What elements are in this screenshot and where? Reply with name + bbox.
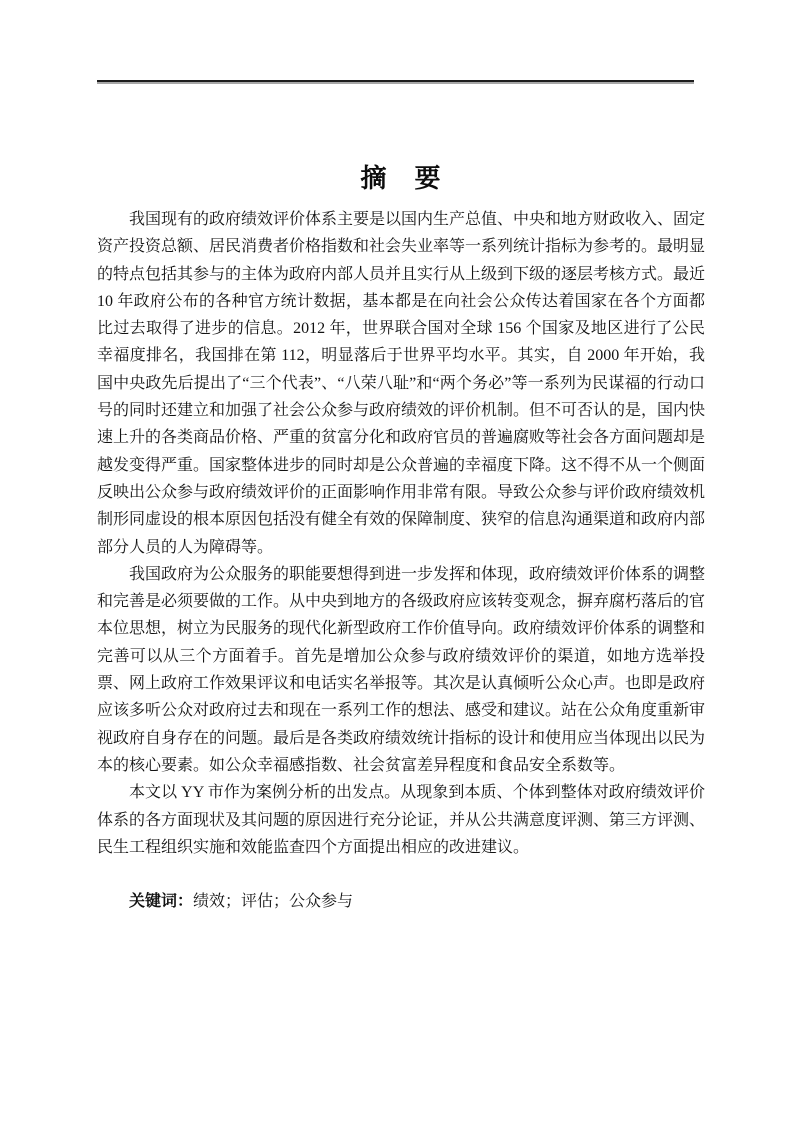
- keywords-text: 绩效；评估；公众参与: [193, 893, 353, 910]
- abstract-content: 摘 要 我国现有的政府绩效评价体系主要是以国内生产总值、中央和地方财政收入、固定…: [97, 158, 705, 915]
- abstract-title: 摘 要: [97, 158, 705, 200]
- abstract-paragraph-1: 我国现有的政府绩效评价体系主要是以国内生产总值、中央和地方财政收入、固定资产投资…: [97, 206, 705, 561]
- abstract-paragraph-2: 我国政府为公众服务的职能要想得到进一步发挥和体现，政府绩效评价体系的调整和完善是…: [97, 561, 705, 779]
- keywords-line: 关键词：绩效；评估；公众参与: [97, 888, 705, 915]
- header-rule-divider: [97, 80, 694, 84]
- document-page: 摘 要 我国现有的政府绩效评价体系主要是以国内生产总值、中央和地方财政收入、固定…: [0, 0, 793, 1122]
- keywords-label: 关键词：: [129, 893, 193, 910]
- abstract-paragraph-3: 本文以 YY 市作为案例分析的出发点。从现象到本质、个体到整体对政府绩效评价体系…: [97, 779, 705, 861]
